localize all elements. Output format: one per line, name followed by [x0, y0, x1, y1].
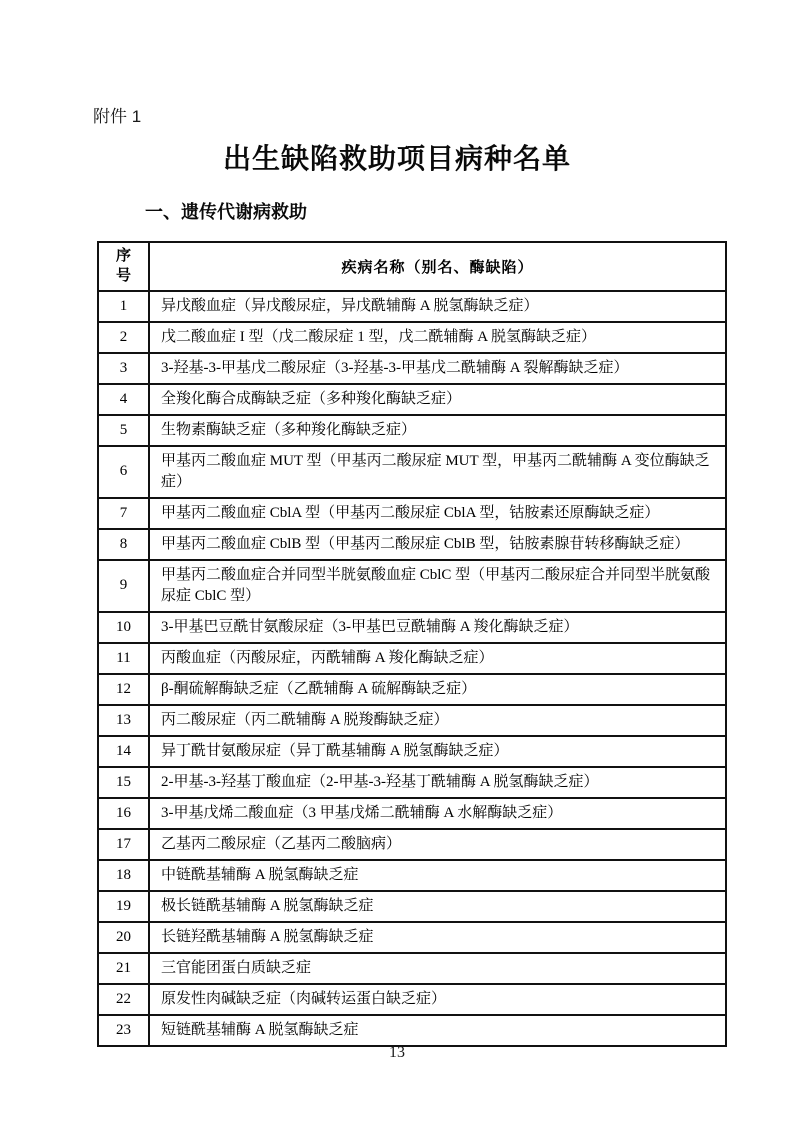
disease-name: 长链羟酰基辅酶 A 脱氢酶缺乏症: [149, 922, 726, 953]
page-number: 13: [0, 1044, 794, 1062]
row-number: 18: [98, 860, 149, 891]
disease-name: 2-甲基-3-羟基丁酸血症（2-甲基-3-羟基丁酰辅酶 A 脱氢酶缺乏症）: [149, 767, 726, 798]
table-row: 18中链酰基辅酶 A 脱氢酶缺乏症: [98, 860, 726, 891]
table-row: 12β-酮硫解酶缺乏症（乙酰辅酶 A 硫解酶缺乏症）: [98, 674, 726, 705]
row-number: 2: [98, 322, 149, 353]
row-number: 20: [98, 922, 149, 953]
table-row: 11丙酸血症（丙酸尿症，丙酰辅酶 A 羧化酶缺乏症）: [98, 643, 726, 674]
table-row: 7甲基丙二酸血症 CblA 型（甲基丙二酸尿症 CblA 型，钴胺素还原酶缺乏症…: [98, 498, 726, 529]
row-number: 5: [98, 415, 149, 446]
table-row: 5生物素酶缺乏症（多种羧化酶缺乏症）: [98, 415, 726, 446]
column-header-disease: 疾病名称（别名、酶缺陷）: [149, 242, 726, 291]
table-row: 2戊二酸血症 I 型（戊二酸尿症 1 型，戊二酰辅酶 A 脱氢酶缺乏症）: [98, 322, 726, 353]
row-number: 21: [98, 953, 149, 984]
row-number: 1: [98, 291, 149, 322]
header-row: 序号 疾病名称（别名、酶缺陷）: [98, 242, 726, 291]
row-number: 4: [98, 384, 149, 415]
disease-name: 3-甲基戊烯二酸血症（3 甲基戊烯二酰辅酶 A 水解酶缺乏症）: [149, 798, 726, 829]
table-row: 8甲基丙二酸血症 CblB 型（甲基丙二酸尿症 CblB 型，钴胺素腺苷转移酶缺…: [98, 529, 726, 560]
section-heading: 一、遗传代谢病救助: [145, 198, 307, 224]
table-row: 22原发性肉碱缺乏症（肉碱转运蛋白缺乏症）: [98, 984, 726, 1015]
row-number: 10: [98, 612, 149, 643]
column-header-number-label: 序号: [116, 246, 131, 287]
table-row: 17乙基丙二酸尿症（乙基丙二酸脑病）: [98, 829, 726, 860]
disease-name: 中链酰基辅酶 A 脱氢酶缺乏症: [149, 860, 726, 891]
page-title: 出生缺陷救助项目病种名单: [0, 137, 794, 177]
disease-name: 甲基丙二酸血症 MUT 型（甲基丙二酸尿症 MUT 型，甲基丙二酰辅酶 A 变位…: [149, 446, 726, 498]
disease-name: 极长链酰基辅酶 A 脱氢酶缺乏症: [149, 891, 726, 922]
table-row: 13丙二酸尿症（丙二酰辅酶 A 脱羧酶缺乏症）: [98, 705, 726, 736]
row-number: 19: [98, 891, 149, 922]
row-number: 23: [98, 1015, 149, 1046]
table-row: 152-甲基-3-羟基丁酸血症（2-甲基-3-羟基丁酰辅酶 A 脱氢酶缺乏症）: [98, 767, 726, 798]
disease-table-header: 序号 疾病名称（别名、酶缺陷）: [98, 242, 726, 291]
row-number: 7: [98, 498, 149, 529]
disease-name: 甲基丙二酸血症 CblB 型（甲基丙二酸尿症 CblB 型，钴胺素腺苷转移酶缺乏…: [149, 529, 726, 560]
disease-name: 生物素酶缺乏症（多种羧化酶缺乏症）: [149, 415, 726, 446]
table-row: 103-甲基巴豆酰甘氨酸尿症（3-甲基巴豆酰辅酶 A 羧化酶缺乏症）: [98, 612, 726, 643]
disease-name: 原发性肉碱缺乏症（肉碱转运蛋白缺乏症）: [149, 984, 726, 1015]
disease-table: 序号 疾病名称（别名、酶缺陷） 1异戊酸血症（异戊酸尿症，异戊酰辅酶 A 脱氢酶…: [97, 241, 727, 1047]
table-row: 33-羟基-3-甲基戊二酸尿症（3-羟基-3-甲基戊二酰辅酶 A 裂解酶缺乏症）: [98, 353, 726, 384]
row-number: 3: [98, 353, 149, 384]
row-number: 12: [98, 674, 149, 705]
table-row: 21三官能团蛋白质缺乏症: [98, 953, 726, 984]
table-row: 1异戊酸血症（异戊酸尿症，异戊酰辅酶 A 脱氢酶缺乏症）: [98, 291, 726, 322]
table-row: 4全羧化酶合成酶缺乏症（多种羧化酶缺乏症）: [98, 384, 726, 415]
row-number: 11: [98, 643, 149, 674]
table-row: 20长链羟酰基辅酶 A 脱氢酶缺乏症: [98, 922, 726, 953]
row-number: 17: [98, 829, 149, 860]
table-row: 6甲基丙二酸血症 MUT 型（甲基丙二酸尿症 MUT 型，甲基丙二酰辅酶 A 变…: [98, 446, 726, 498]
document-page: 附件 1 出生缺陷救助项目病种名单 一、遗传代谢病救助 序号 疾病名称（别名、酶…: [0, 0, 794, 1123]
attachment-label: 附件 1: [93, 102, 141, 127]
row-number: 14: [98, 736, 149, 767]
row-number: 6: [98, 446, 149, 498]
disease-name: 异戊酸血症（异戊酸尿症，异戊酰辅酶 A 脱氢酶缺乏症）: [149, 291, 726, 322]
table-row: 9甲基丙二酸血症合并同型半胱氨酸血症 CblC 型（甲基丙二酸尿症合并同型半胱氨…: [98, 560, 726, 612]
disease-name: 甲基丙二酸血症 CblA 型（甲基丙二酸尿症 CblA 型，钴胺素还原酶缺乏症）: [149, 498, 726, 529]
disease-name: 戊二酸血症 I 型（戊二酸尿症 1 型，戊二酰辅酶 A 脱氢酶缺乏症）: [149, 322, 726, 353]
table-row: 14异丁酰甘氨酸尿症（异丁酰基辅酶 A 脱氢酶缺乏症）: [98, 736, 726, 767]
disease-name: 丙二酸尿症（丙二酰辅酶 A 脱羧酶缺乏症）: [149, 705, 726, 736]
disease-name: β-酮硫解酶缺乏症（乙酰辅酶 A 硫解酶缺乏症）: [149, 674, 726, 705]
disease-name: 乙基丙二酸尿症（乙基丙二酸脑病）: [149, 829, 726, 860]
disease-name: 短链酰基辅酶 A 脱氢酶缺乏症: [149, 1015, 726, 1046]
disease-name: 全羧化酶合成酶缺乏症（多种羧化酶缺乏症）: [149, 384, 726, 415]
disease-table-body: 1异戊酸血症（异戊酸尿症，异戊酰辅酶 A 脱氢酶缺乏症）2戊二酸血症 I 型（戊…: [98, 291, 726, 1046]
disease-name: 甲基丙二酸血症合并同型半胱氨酸血症 CblC 型（甲基丙二酸尿症合并同型半胱氨酸…: [149, 560, 726, 612]
disease-name: 三官能团蛋白质缺乏症: [149, 953, 726, 984]
row-number: 13: [98, 705, 149, 736]
disease-name: 丙酸血症（丙酸尿症，丙酰辅酶 A 羧化酶缺乏症）: [149, 643, 726, 674]
disease-name: 异丁酰甘氨酸尿症（异丁酰基辅酶 A 脱氢酶缺乏症）: [149, 736, 726, 767]
column-header-number: 序号: [98, 242, 149, 291]
row-number: 8: [98, 529, 149, 560]
table-row: 23短链酰基辅酶 A 脱氢酶缺乏症: [98, 1015, 726, 1046]
disease-name: 3-羟基-3-甲基戊二酸尿症（3-羟基-3-甲基戊二酰辅酶 A 裂解酶缺乏症）: [149, 353, 726, 384]
table-row: 19极长链酰基辅酶 A 脱氢酶缺乏症: [98, 891, 726, 922]
table-row: 163-甲基戊烯二酸血症（3 甲基戊烯二酰辅酶 A 水解酶缺乏症）: [98, 798, 726, 829]
disease-name: 3-甲基巴豆酰甘氨酸尿症（3-甲基巴豆酰辅酶 A 羧化酶缺乏症）: [149, 612, 726, 643]
row-number: 15: [98, 767, 149, 798]
row-number: 22: [98, 984, 149, 1015]
row-number: 9: [98, 560, 149, 612]
row-number: 16: [98, 798, 149, 829]
